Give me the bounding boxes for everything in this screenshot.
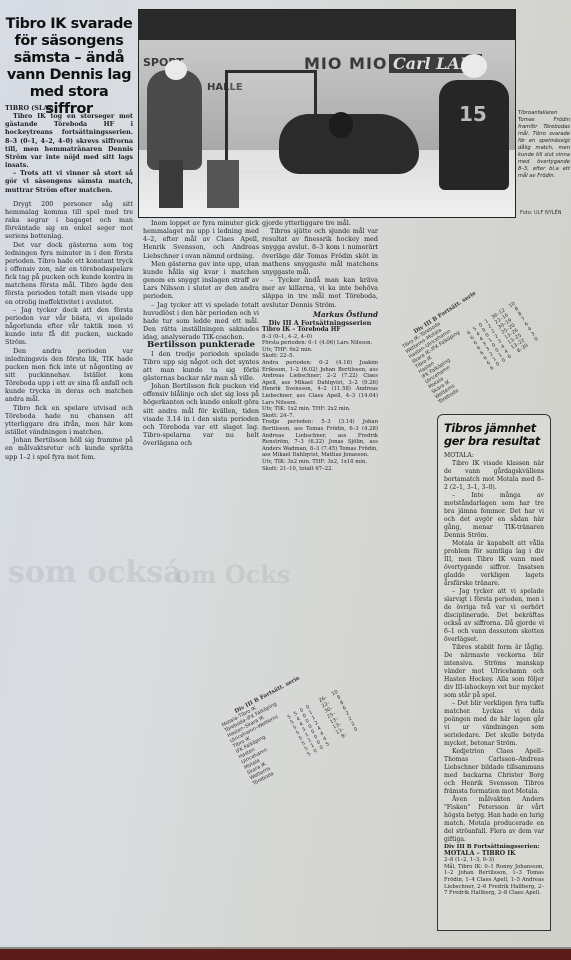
body-paragraph: Tibros sjätte och sjunde mål var resulta…	[262, 227, 378, 276]
stats-line: Utv, TIK: 3x2 min. THF: 3x2, 1x10 min.	[262, 459, 378, 466]
table-surface-edge	[0, 947, 571, 960]
bleed-through-text: som ocksá	[8, 555, 182, 590]
body-paragraph: – Tycker ändå man kan kräva mer av killa…	[262, 276, 378, 309]
arena-rafters	[139, 10, 515, 40]
lead-quote: – Trots att vi vinner så stort så gör vi…	[5, 169, 133, 193]
standings-clipping-2: Div III B Fortsätt. serie Motala–Tibro I…	[218, 663, 359, 787]
body-paragraph: Det var dock gästerna som tog ledningen …	[5, 241, 133, 306]
body-paragraph: – Jag tycker att vi spelade totalt huvud…	[143, 301, 259, 342]
player-legs-shape	[159, 160, 239, 208]
body-paragraph: – Jag tycker att vi spelade slarvigt i f…	[444, 588, 544, 644]
stats-line: Utv, THF: 6x2 min.	[262, 347, 378, 354]
body-paragraph: Johan Bertilsson fick pucken vid offensi…	[143, 382, 259, 447]
stats-line: Skott: 22–5.	[262, 353, 378, 360]
helmet-shape	[461, 54, 487, 78]
body-paragraph: – Jag tycker dock att den första periode…	[5, 306, 133, 347]
stats-match: Tibro IK – Töreboda HF	[262, 327, 378, 334]
stats-line: Utv, TIK: 1x2 min. THF: 2x2 min.	[262, 406, 378, 413]
body-paragraph: Kedjetrion Claes Apell–Thomas Carlsson–A…	[444, 748, 544, 796]
body-paragraph: Även målvakten Anders "Fisken" Petersson…	[444, 796, 544, 844]
lead-paragraph: Tibro IK tog en storseger mot gästande T…	[5, 112, 133, 169]
body-paragraph: – Inte många av motståndarlagen som har …	[444, 492, 544, 540]
body-paragraph: Drygt 200 personer såg sitt hemmalag kom…	[5, 200, 133, 241]
body-paragraph: Inom loppet av fyra minuter gick hemmala…	[143, 219, 259, 260]
body-paragraph: I den tredje perioden spelade Tibro upp …	[143, 350, 259, 383]
main-headline: Tibro IK svarade för säsongens sämsta – …	[4, 16, 134, 118]
goalie-mask-shape	[329, 112, 353, 138]
stats-goals: Mål, Tibro IK: 0–1 Ronny Johansson, 1–2 …	[444, 864, 544, 897]
player-shape	[439, 80, 509, 190]
standings-clipping-1: Div III B Fortsätt. serie Tibro IK–Töreb…	[398, 276, 539, 406]
body-paragraph: gjorde ytterliggare tre mål.	[262, 219, 378, 227]
body-paragraph: Motala är kapabelt att vålla problem för…	[444, 540, 544, 588]
side-article-box: Tibros jämnhet ger bra resultat MOTALA: …	[437, 414, 551, 931]
hockey-photo: SPORT HALLE MIO MIO Carl LAM 15	[138, 9, 516, 218]
body-paragraph: Den andra perioden var inledningsvis den…	[5, 347, 133, 404]
subheading: Bertilsson punkterade	[143, 341, 259, 349]
side-article-body: MOTALA: Tibro IK visade klassen när de v…	[444, 452, 544, 897]
byline: Markus Östlund	[262, 311, 378, 319]
helmet-shape	[165, 60, 187, 80]
stats-score: 2–8 (1–2, 1–3, 0–3)	[444, 857, 544, 864]
side-headline: Tibros jämnhet ger bra resultat	[444, 422, 544, 448]
stats-line: Första perioden: 0–1 (4.06) Lars Nilsson…	[262, 340, 378, 347]
bleed-through-text: om Ocks	[175, 560, 290, 589]
newspaper-page: som ocksá om Ocks Tibro IK svarade för s…	[0, 0, 571, 948]
body-paragraph: Johan Bertilsson höll sig framme på en m…	[5, 436, 133, 460]
dateline: TIBRO (SLA):	[5, 104, 133, 112]
jersey-number: 15	[459, 102, 487, 126]
stats-line: Tredje perioden: 5–3 (3.14) Johan Bertil…	[262, 419, 378, 459]
stats-line: Skott: 21–10, totalt 67–22.	[262, 466, 378, 473]
body-paragraph: Men gästerna gav inte upp, utan kunde hå…	[143, 260, 259, 301]
player-shape	[147, 70, 202, 170]
stats-line: Andra perioden: 0–2 (4.16) Joakim Erikss…	[262, 360, 378, 406]
article-column-3: gjorde ytterliggare tre mål. Tibros sjät…	[262, 219, 378, 472]
article-column-2: Inom loppet av fyra minuter gick hemmala…	[143, 219, 259, 447]
dateline: MOTALA:	[444, 452, 544, 460]
body-paragraph: Tibro IK visade klassen när de vann gård…	[444, 460, 544, 492]
body-paragraph: – Det blir verkligen fyra tuffa matcher.…	[444, 700, 544, 748]
article-column-1: TIBRO (SLA): Tibro IK tog en storseger m…	[5, 104, 133, 461]
body-paragraph: Tibros stabilt form är låglig. De närmas…	[444, 644, 544, 700]
photo-caption: Tibroanfallaren Tomas Frödin framför Tör…	[518, 110, 570, 180]
photo-credit: Foto: ULF NYLÉN	[520, 210, 561, 216]
body-paragraph: Tibro fick en spelare utvisad och Törebo…	[5, 404, 133, 437]
